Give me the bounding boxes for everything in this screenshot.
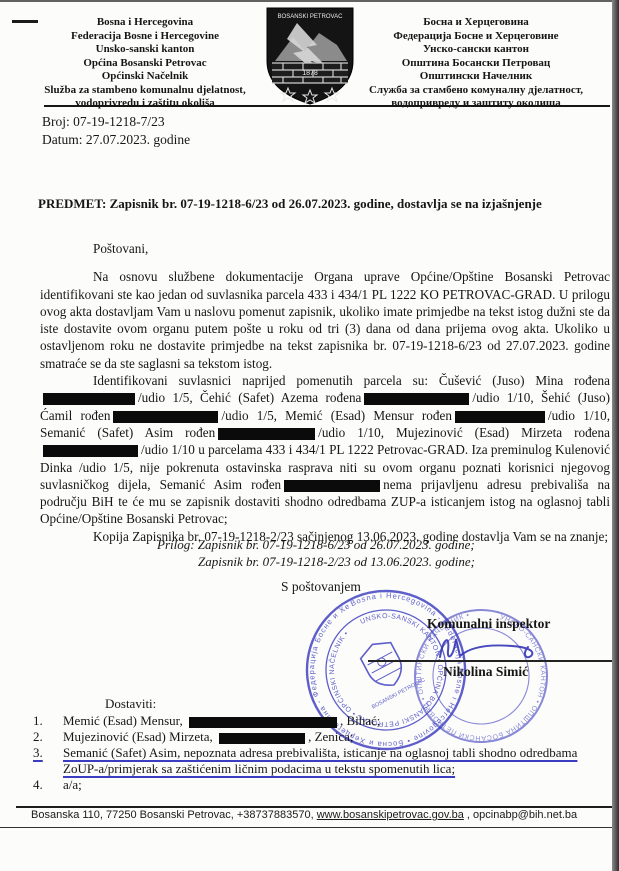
body-text: /udio 1/5, Memić (Esad) Mensur rođen [221, 408, 451, 423]
footer-contact: Bosanska 110, 77250 Bosanski Petrovac, +… [31, 809, 577, 821]
header-latin: Bosna i Hercegovina Federacija Bosne i H… [26, 16, 264, 111]
item-number: 1. [33, 713, 63, 729]
header-line: Општина Босански Петровац [352, 57, 600, 71]
header-line: vodoprivredu i zaštitu okoliša [26, 97, 264, 111]
header-line: Služba za stambeno komunalnu djelatnost, [26, 84, 264, 98]
header-line: Босна и Херцеговина [352, 16, 600, 30]
list-item-underlined: 3. Semanić (Safet) Asim, nepoznata adres… [33, 745, 595, 777]
item-text: Semanić (Safet) Asim, nepoznata adresa p… [63, 745, 593, 777]
header-cyrillic: Босна и Херцеговина Федерација Босне и Х… [352, 16, 600, 111]
header-line: Служба за стамбено комуналну дјелатност, [352, 84, 600, 98]
item-text: Memić (Esad) Mensur, , Bihać; [63, 713, 593, 729]
attachment-line: Zapisnik br. 07-19-1218-2/23 od 13.06.20… [157, 554, 475, 571]
redaction-bar [189, 717, 337, 728]
header-divider [44, 105, 610, 107]
scan-edge-top [0, 0, 619, 2]
header-line: Unsko-sanski kanton [26, 43, 264, 57]
body-text: /udio 1/10, Mujezinović (Esad) Mirzeta r… [318, 425, 610, 440]
attachments-block: Prilog: Zapisnik br. 07-19-1218-6/23 od … [157, 537, 475, 570]
salutation: Poštovani, [40, 240, 610, 257]
item-text: a/a; [63, 777, 593, 793]
header-line: водопривреду и заштиту околиша [352, 97, 600, 111]
redaction-bar [43, 393, 135, 405]
document-page: Bosna i Hercegovina Federacija Bosne i H… [0, 0, 619, 871]
redaction-bar [218, 428, 315, 440]
signer-name: Nikolina Simić [443, 664, 528, 680]
attachment-line: Prilog: Zapisnik br. 07-19-1218-6/23 od … [157, 537, 475, 554]
letter-body: Poštovani, Na osnovu službene dokumentac… [40, 240, 610, 545]
item-number: 4. [33, 777, 63, 793]
header-line: Općina Bosanski Petrovac [26, 57, 264, 71]
list-item: 2. Mujezinović (Esad) Mirzeta, , Zenica; [33, 729, 595, 745]
footer-website: www.bosanskipetrovac.gov.ba [317, 809, 464, 821]
header-line: Општински Начелник [352, 70, 600, 84]
item-text-post: , Bihać; [340, 713, 380, 728]
item-text-pre: Memić (Esad) Mensur, [63, 713, 186, 728]
header-line: Općinski Načelnik [26, 70, 264, 84]
footer-separator: , [464, 809, 473, 821]
footer-bottom-line [0, 827, 612, 828]
header-line: Федерација Босне и Херцеговине [352, 30, 600, 44]
header-line: Унско-сански кантон [352, 43, 600, 57]
redaction-bar [284, 480, 380, 492]
subject-line: PREDMET: Zapisnik br. 07-19-1218-6/23 od… [38, 196, 616, 212]
distribution-list: Dostaviti: 1. Memić (Esad) Mensur, , Bih… [33, 696, 595, 793]
redaction-bar [43, 445, 138, 457]
document-date: Datum: 27.07.2023. godine [42, 131, 190, 149]
list-item: 1. Memić (Esad) Mensur, , Bihać; [33, 713, 595, 729]
document-meta: Broj: 07-19-1218-7/23 Datum: 27.07.2023.… [42, 113, 190, 148]
redaction-bar [455, 411, 545, 423]
crest-title: BOSANSKI PETROVAC [278, 14, 344, 20]
body-text: /udio 1/5, Čehić (Safet) Azema rođena [138, 390, 361, 405]
item-text-pre: Mujezinović (Esad) Mirzeta, [63, 729, 216, 744]
paragraph-2: Identifikovani suvlasnici naprijed pomen… [40, 372, 610, 528]
header-line: Bosna i Hercegovina [26, 16, 264, 30]
item-number: 3. [33, 745, 63, 777]
distribution-label: Dostaviti: [33, 696, 595, 712]
coat-of-arms-icon: BOSANSKI PETROVAC 1878 [259, 5, 361, 112]
paragraph-1: Na osnovu službene dokumentacije Organa … [40, 268, 610, 372]
redaction-bar [219, 733, 305, 744]
item-text-post: , Zenica; [308, 729, 353, 744]
redaction-bar [364, 393, 469, 405]
footer-divider [16, 806, 612, 808]
item-text: Mujezinović (Esad) Mirzeta, , Zenica; [63, 729, 593, 745]
crest-year: 1878 [302, 70, 318, 77]
footer-address: Bosanska 110, 77250 Bosanski Petrovac, +… [31, 809, 317, 821]
footer-email: opcinabp@bih.net.ba [473, 809, 577, 821]
redaction-bar [113, 411, 218, 423]
list-item: 4. a/a; [33, 777, 595, 793]
signature-line [368, 660, 612, 662]
scan-edge-right [612, 0, 619, 871]
header-line: Federacija Bosne i Hercegovine [26, 30, 264, 44]
reference-number: Broj: 07-19-1218-7/23 [42, 113, 190, 131]
item-number: 2. [33, 729, 63, 745]
body-text: Identifikovani suvlasnici naprijed pomen… [93, 373, 610, 388]
